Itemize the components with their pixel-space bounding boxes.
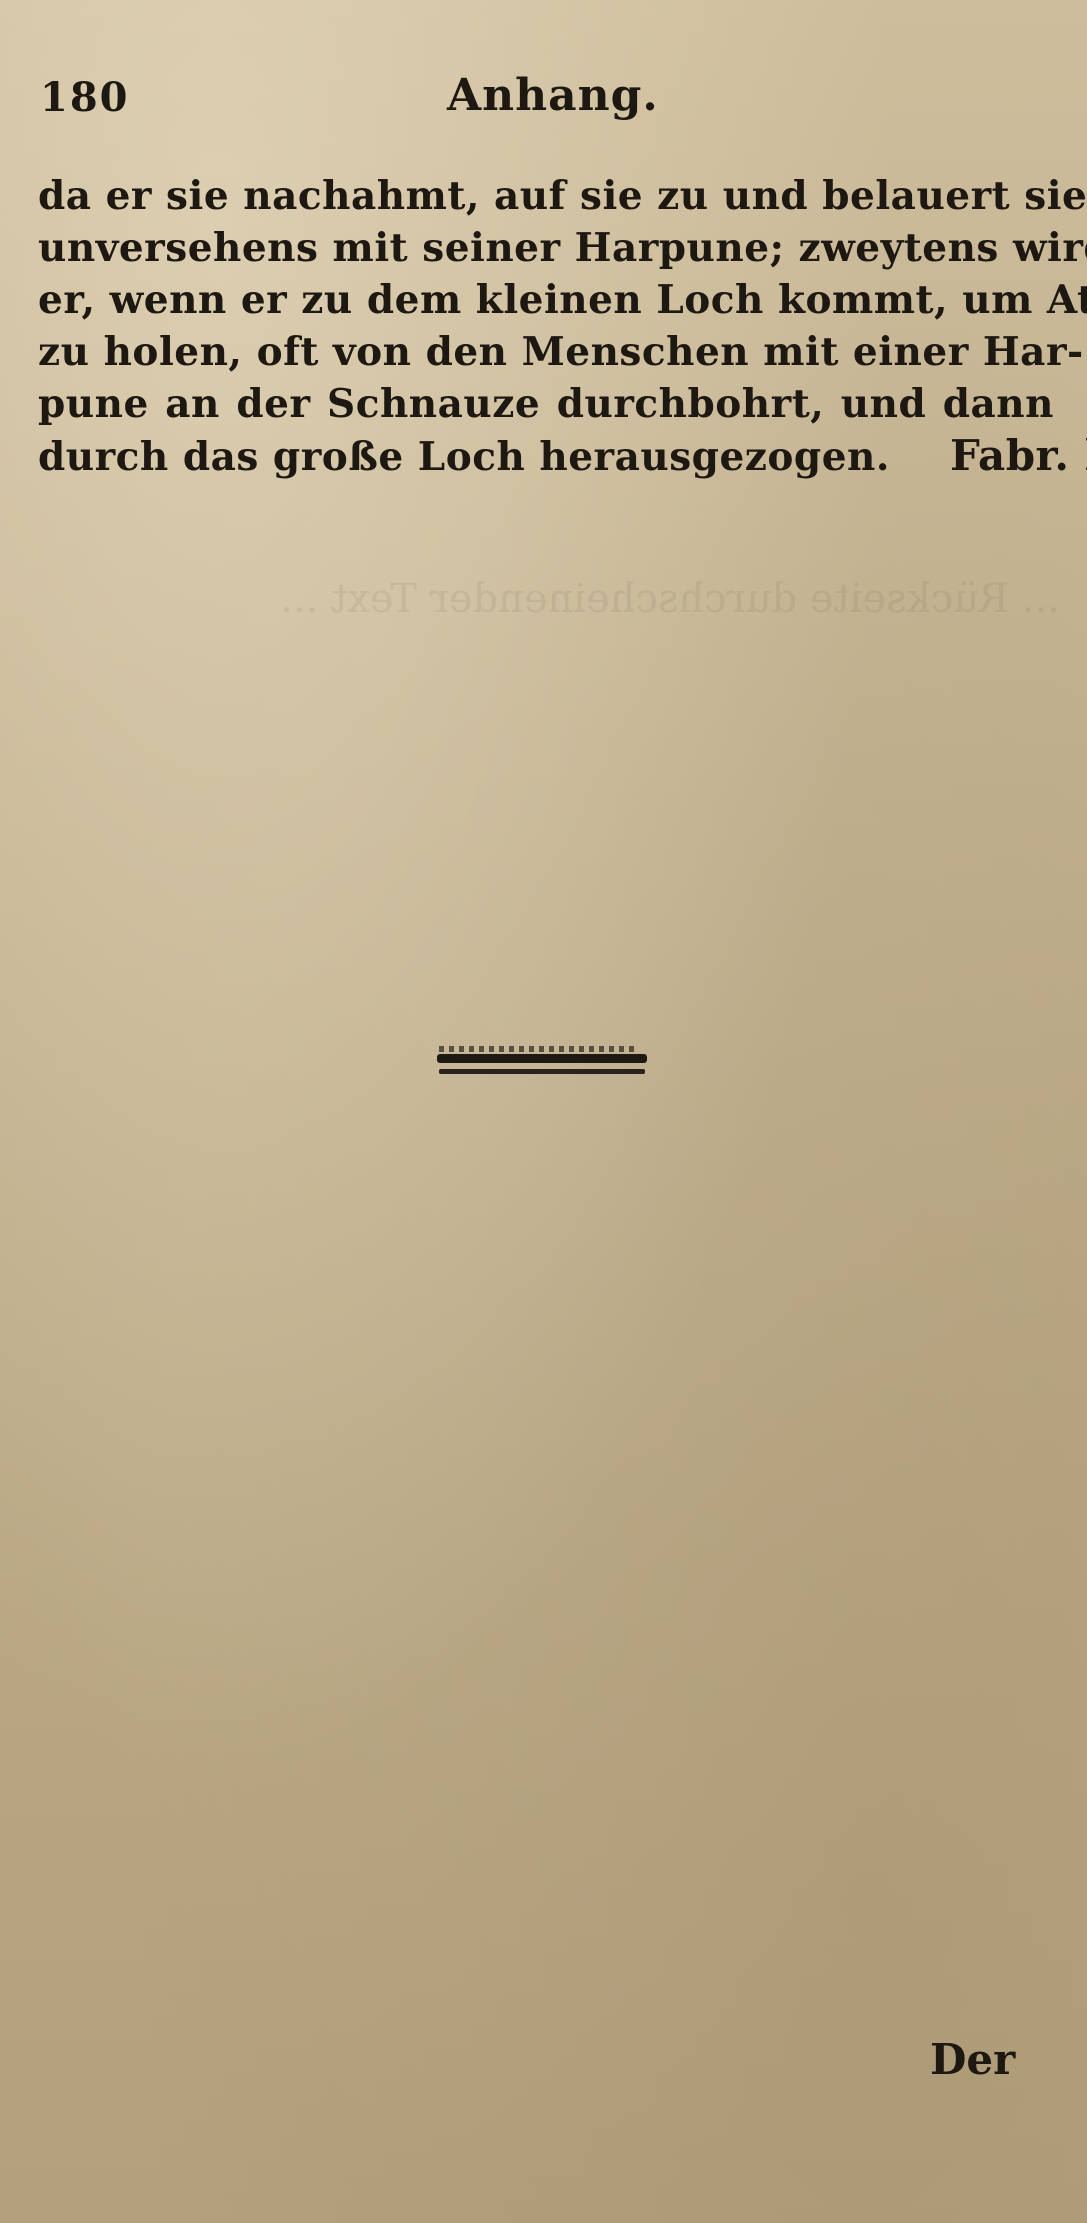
source-citation: Fabr. l. c. [950,431,1087,480]
text-line: er, wenn er zu dem kleinen Loch kommt, u… [38,274,1054,326]
catchword: Der [930,2035,1015,2084]
text-line-content: durch das große Loch herausgezogen. [38,434,890,480]
document-page: ... Rückseite durchscheinender Text ... … [0,0,1087,2223]
section-divider-ornament [437,1046,647,1082]
text-line: pune an der Schnauze durchbohrt, und dan… [38,378,1054,430]
page-number: 180 [40,74,130,121]
text-line: da er sie nachahmt, auf sie zu und belau… [38,170,1054,222]
ornament-thick-rule [437,1054,647,1063]
text-line: zu holen, oft von den Menschen mit einer… [38,326,1054,378]
ornament-thin-rule [439,1069,645,1074]
running-title: Anhang. [447,70,659,121]
text-line-last: durch das große Loch herausgezogen.Fabr.… [38,430,1054,483]
text-line: unversehens mit seiner Harpune; zweytens… [38,222,1054,274]
body-paragraph: da er sie nachahmt, auf sie zu und belau… [38,170,1054,483]
ornament-dotted-row [439,1046,639,1052]
running-head: 180 Anhang. [0,70,1087,130]
reverse-side-show-through: ... Rückseite durchscheinender Text ... [20,560,1060,1860]
